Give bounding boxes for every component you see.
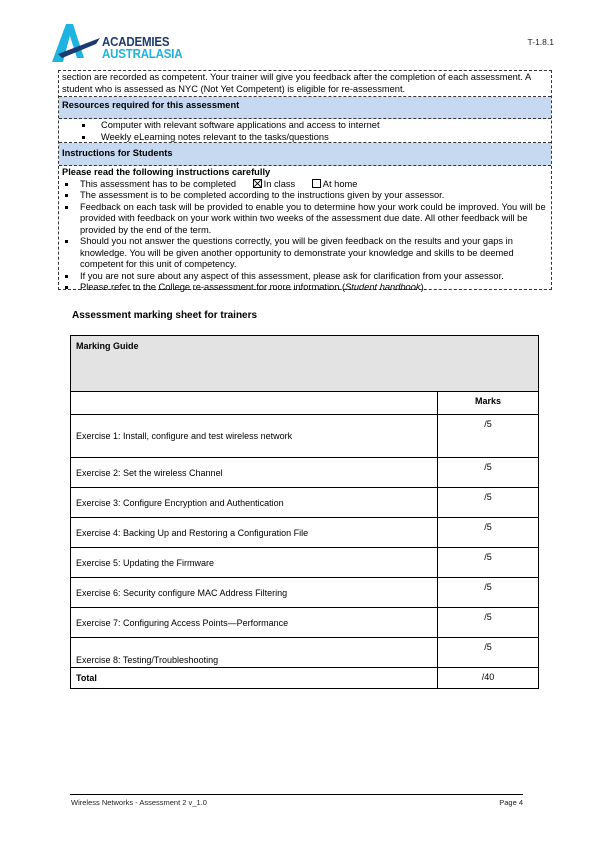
instructions-body: Please read the following instructions c… [59,166,551,295]
resources-list: Computer with relevant software applicat… [59,119,551,143]
intro-text: section are recorded as competent. Your … [59,71,551,97]
marks-header-row: Marks [71,392,539,415]
header-blank-cell [71,392,438,415]
instructions-lead: Please read the following instructions c… [62,167,548,179]
footer-divider [70,794,523,795]
handbook-prefix: Please refer to the College re-assessmen… [80,282,345,292]
exercise-label: Exercise 2: Set the wireless Channel [71,458,438,488]
completion-prefix: This assessment has to be completed [80,179,236,189]
footer-page-number: Page 4 [499,798,523,807]
instructions-heading: Instructions for Students [59,143,551,166]
exercise-label: Exercise 3: Configure Encryption and Aut… [71,488,438,518]
student-handbook-ref: Student handbook [345,282,420,292]
exercise-label: Exercise 8: Testing/Troubleshooting [71,638,438,668]
exercise-marks[interactable]: /5 [438,548,539,578]
in-class-checkbox[interactable] [253,179,262,188]
exercise-marks[interactable]: /5 [438,608,539,638]
marking-guide-label: Marking Guide [71,336,539,392]
exercise-label: Exercise 6: Security configure MAC Addre… [71,578,438,608]
assessment-info-box: section are recorded as competent. Your … [58,70,552,290]
instruction-item: Feedback on each task will be provided t… [80,202,548,237]
exercise-label: Exercise 4: Backing Up and Restoring a C… [71,518,438,548]
table-row: Exercise 2: Set the wireless Channel /5 [71,458,539,488]
instruction-item: The assessment is to be completed accord… [80,190,548,202]
handbook-suffix: ). [421,282,427,292]
table-row: Exercise 8: Testing/Troubleshooting /5 [71,638,539,668]
table-row: Exercise 7: Configuring Access Points—Pe… [71,608,539,638]
exercise-label: Exercise 7: Configuring Access Points—Pe… [71,608,438,638]
academies-australasia-logo: ACADEMIES AUSTRALASIA [50,22,190,64]
resources-heading: Resources required for this assessment [59,97,551,119]
logo-text-line2: AUSTRALASIA [102,48,182,60]
marks-header: Marks [438,392,539,415]
document-reference: T-1.8.1 [528,37,554,47]
instruction-item: Should you not answer the questions corr… [80,236,548,271]
table-row: Exercise 1: Install, configure and test … [71,415,539,458]
table-row: Exercise 5: Updating the Firmware /5 [71,548,539,578]
at-home-checkbox[interactable] [312,179,321,188]
table-row: Exercise 3: Configure Encryption and Aut… [71,488,539,518]
exercise-label: Exercise 1: Install, configure and test … [71,415,438,458]
table-row: Exercise 6: Security configure MAC Addre… [71,578,539,608]
instruction-item: If you are not sure about any aspect of … [80,271,548,283]
total-row: Total /40 [71,668,539,689]
footer-document-title: Wireless Networks - Assessment 2 v_1.0 [71,798,207,807]
exercise-label: Exercise 5: Updating the Firmware [71,548,438,578]
resource-item: Computer with relevant software applicat… [98,120,548,132]
marking-sheet-title: Assessment marking sheet for trainers [72,310,257,321]
in-class-label: In class [264,179,296,189]
table-row: Exercise 4: Backing Up and Restoring a C… [71,518,539,548]
exercise-marks[interactable]: /5 [438,578,539,608]
at-home-label: At home [323,179,358,189]
total-marks[interactable]: /40 [438,668,539,689]
exercise-marks[interactable]: /5 [438,638,539,668]
instruction-item-completion: This assessment has to be completed In c… [80,179,548,191]
exercise-marks[interactable]: /5 [438,488,539,518]
total-label: Total [71,668,438,689]
resource-item: Weekly eLearning notes relevant to the t… [98,132,548,144]
instruction-item-handbook: Please refer to the College re-assessmen… [80,282,548,294]
exercise-marks[interactable]: /5 [438,458,539,488]
exercise-marks[interactable]: /5 [438,518,539,548]
logo-mark-icon [50,22,102,64]
marking-guide-row: Marking Guide [71,336,539,392]
exercise-marks[interactable]: /5 [438,415,539,458]
marking-table: Marking Guide Marks Exercise 1: Install,… [70,335,539,689]
